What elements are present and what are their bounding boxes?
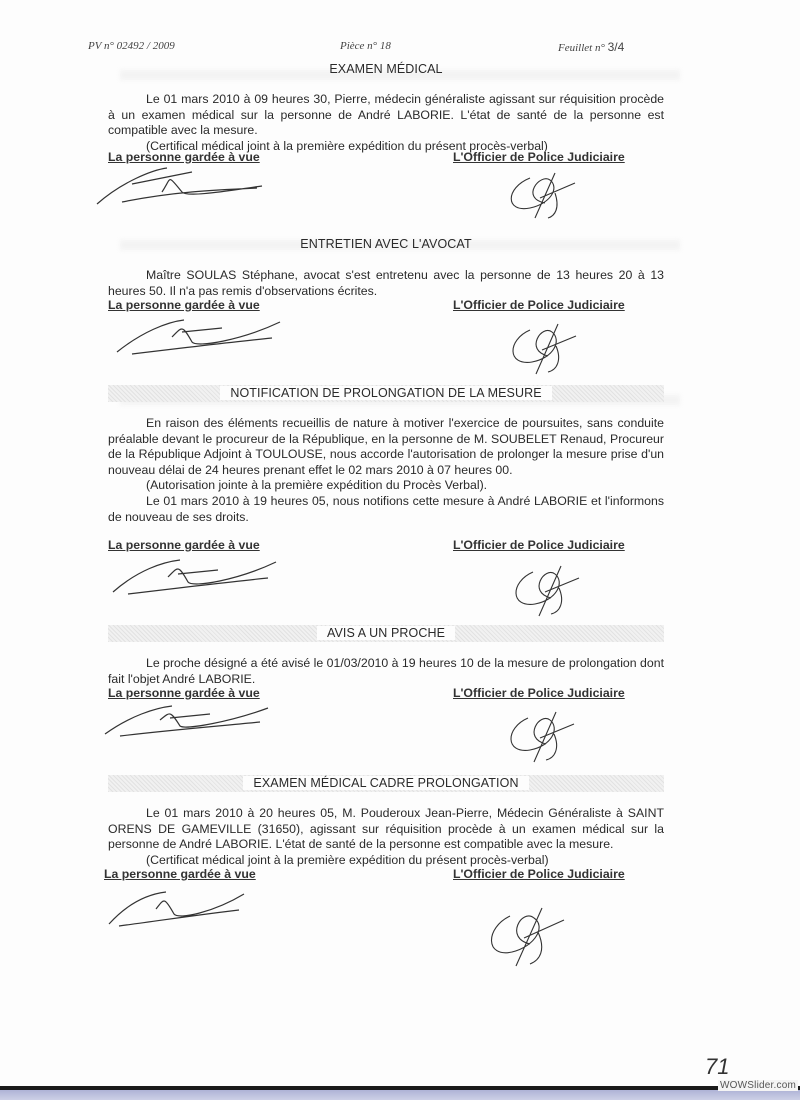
feuillet-value: 3/4 [608,40,625,54]
document-page: PV n° 02492 / 2009 Pièce n° 18 Feuillet … [0,0,800,1086]
watermark: WOWSlider.com [718,1080,798,1091]
section-body-entretien-avocat: Maître SOULAS Stéphane, avocat s'est ent… [108,268,664,299]
piece-number: Pièce n° 18 [340,40,391,52]
sig-label-officer: L'Officier de Police Judiciaire [453,150,625,164]
section-title-examen-medical-prolongation: EXAMEN MÉDICAL CADRE PROLONGATION [108,775,664,792]
signature-person [100,698,280,743]
section-body-notification-prolongation: En raison des éléments recueillis de nat… [108,416,664,525]
signature-person [112,312,292,362]
signature-officer [505,560,585,620]
sig-label-person: La personne gardée à vue [108,538,260,552]
signature-person [108,552,288,602]
section-body-avis-proche: Le proche désigné a été avisé le 01/03/2… [108,656,664,687]
sig-label-person: La personne gardée à vue [104,867,256,881]
pv-number: PV n° 02492 / 2009 [88,40,175,52]
section-title-avis-proche: AVIS A UN PROCHE [108,625,664,642]
feuillet-label: Feuillet n° [558,42,605,54]
signature-officer [500,168,580,223]
sig-label-officer: L'Officier de Police Judiciaire [453,298,625,312]
signature-officer [480,900,570,970]
sig-label-officer: L'Officier de Police Judiciaire [453,538,625,552]
page-number: 71 [705,1054,729,1080]
signature-officer [500,706,580,766]
sig-label-person: La personne gardée à vue [108,298,260,312]
section-body-examen-medical: Le 01 mars 2010 à 09 heures 30, Pierre, … [108,92,664,154]
section-body-examen-medical-prolongation: Le 01 mars 2010 à 20 heures 05, M. Poude… [108,806,664,868]
section-title-notification-prolongation: NOTIFICATION DE PROLONGATION DE LA MESUR… [108,385,664,402]
feuillet-number: Feuillet n° 3/4 [558,40,624,54]
sig-label-officer: L'Officier de Police Judiciaire [453,686,625,700]
signature-person [92,162,272,212]
signature-person [104,884,254,934]
signature-officer [502,318,582,378]
bottom-strip [0,1090,800,1100]
sig-label-officer: L'Officier de Police Judiciaire [453,867,625,881]
section-title-examen-medical: EXAMEN MÉDICAL [108,61,664,78]
section-title-entretien-avocat: ENTRETIEN AVEC L'AVOCAT [108,236,664,253]
